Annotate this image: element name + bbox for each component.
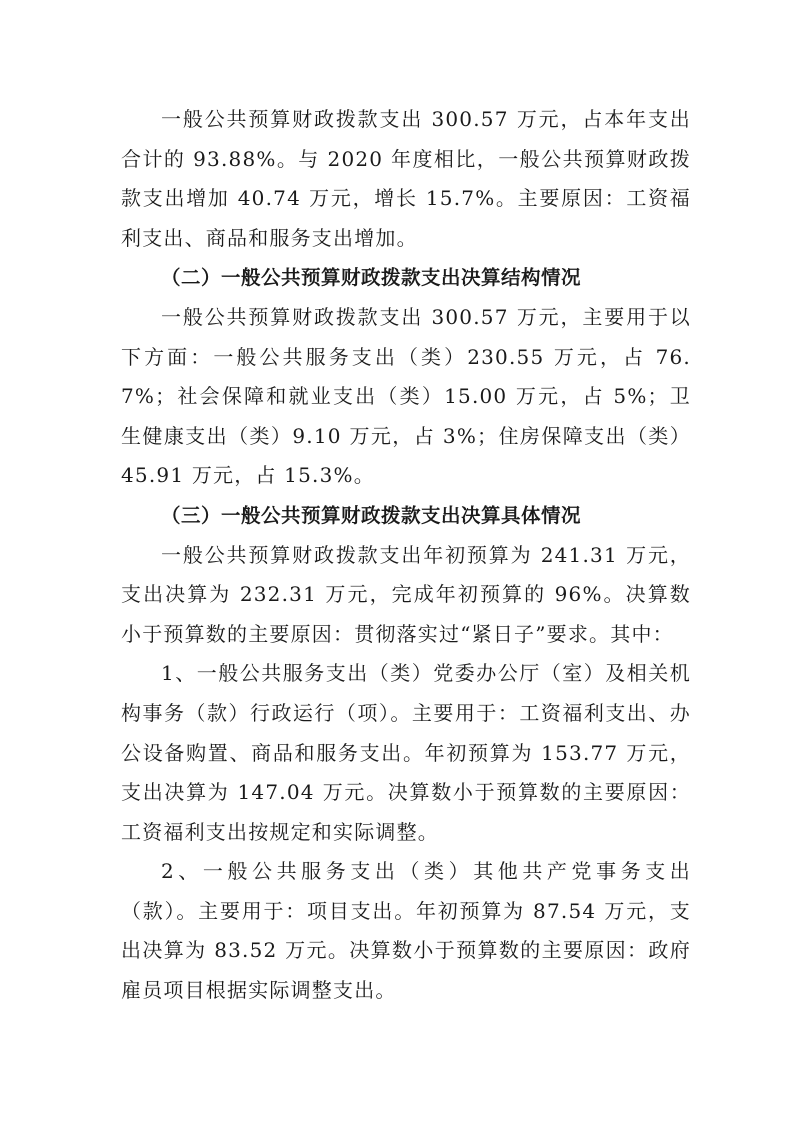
- document-page: 一般公共预算财政拨款支出 300.57 万元，占本年支出合计的 93.88%。与…: [121, 100, 691, 1011]
- paragraph-item-2-other-party-affairs: 2、一般公共服务支出（类）其他共产党事务支出（款）。主要用于：项目支出。年初预算…: [121, 852, 691, 1010]
- paragraph-expenditure-structure: 一般公共预算财政拨款支出 300.57 万元，主要用于以下方面：一般公共服务支出…: [121, 298, 691, 496]
- section-heading-structure: （二）一般公共预算财政拨款支出决算结构情况: [121, 258, 691, 298]
- paragraph-expenditure-details: 一般公共预算财政拨款支出年初预算为 241.31 万元，支出决算为 232.31…: [121, 536, 691, 655]
- section-heading-details: （三）一般公共预算财政拨款支出决算具体情况: [121, 496, 691, 536]
- paragraph-expenditure-summary: 一般公共预算财政拨款支出 300.57 万元，占本年支出合计的 93.88%。与…: [121, 100, 691, 258]
- paragraph-item-1-administrative-operation: 1、一般公共服务支出（类）党委办公厅（室）及相关机构事务（款）行政运行（项）。主…: [121, 654, 691, 852]
